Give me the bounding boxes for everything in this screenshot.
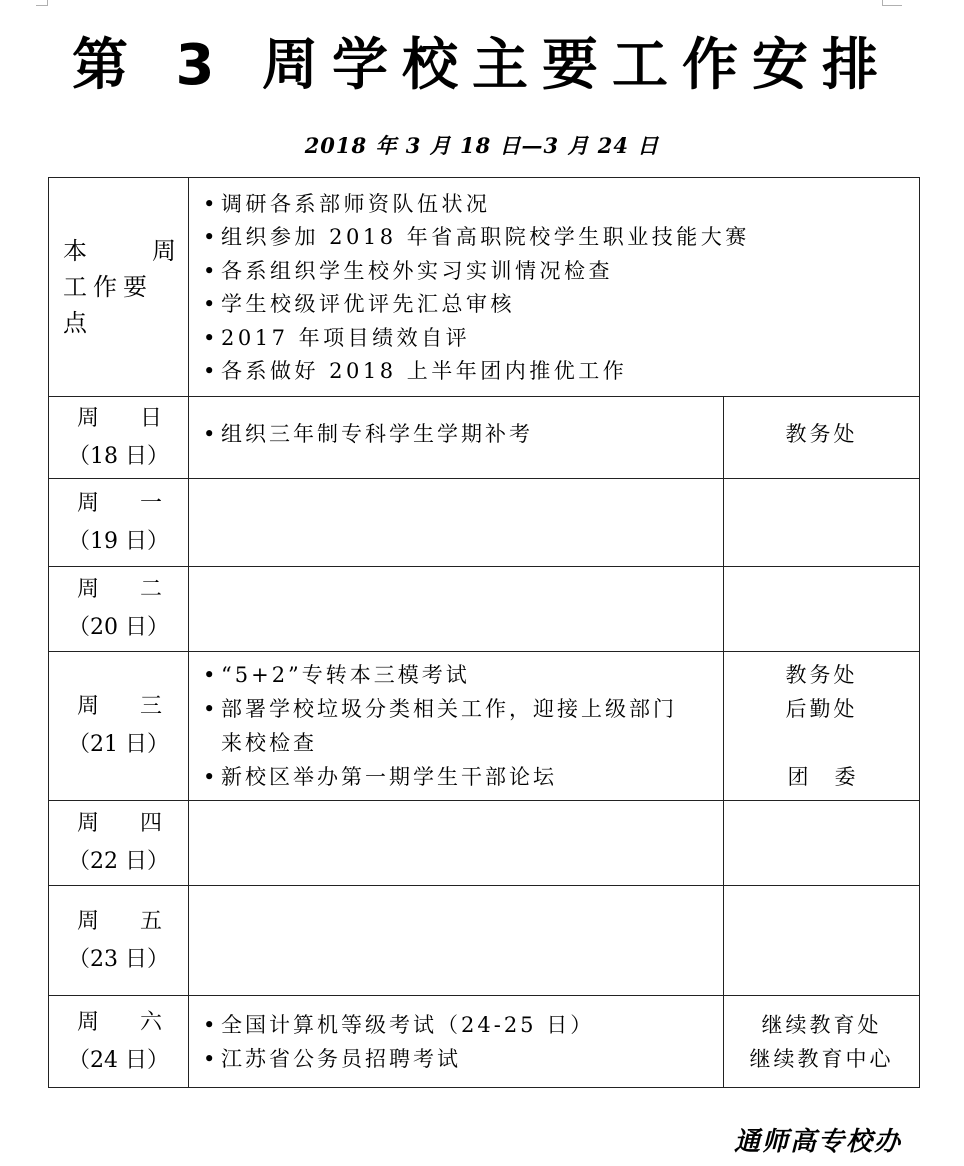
day-row-tuesday: 周二 （20 日）	[49, 567, 920, 652]
day-items-cell: •全国计算机等级考试（24-25 日） •江苏省公务员招聘考试	[189, 996, 724, 1088]
list-item: •江苏省公务员招聘考试	[203, 1042, 713, 1076]
day-row-sunday: 周日 （18 日） •组织三年制专科学生学期补考 教务处	[49, 397, 920, 479]
day-row-wednesday: 周三 （21 日） •“5+2”专转本三模考试 •部署学校垃圾分类相关工作，迎接…	[49, 652, 920, 801]
department: 继续教育处	[724, 1008, 919, 1042]
day-row-friday: 周五 （23 日）	[49, 886, 920, 996]
day-label-cell: 周二 （20 日）	[49, 567, 189, 652]
list-item: •学生校级评优评先汇总审核	[203, 288, 909, 322]
day-label-cell: 周六 （24 日）	[49, 996, 189, 1088]
department: 团委	[724, 760, 919, 794]
schedule-table: 本 周 工作要点 •调研各系部师资队伍状况 •组织参加 2018 年省高职院校学…	[48, 177, 920, 1088]
department-cell	[724, 567, 920, 652]
list-item: •调研各系部师资队伍状况	[203, 188, 909, 222]
day-items-cell	[189, 479, 724, 567]
day-items-cell	[189, 801, 724, 886]
summary-row: 本 周 工作要点 •调研各系部师资队伍状况 •组织参加 2018 年省高职院校学…	[49, 178, 920, 397]
day-items-cell	[189, 567, 724, 652]
bullet-icon: •	[203, 658, 221, 692]
day-date: （23 日）	[49, 941, 188, 979]
day-date: （21 日）	[49, 726, 188, 764]
summary-label-part: 工作要点	[63, 269, 176, 341]
day-date: （18 日）	[49, 438, 188, 476]
list-item: •组织参加 2018 年省高职院校学生职业技能大赛	[203, 221, 909, 255]
department-spacer	[724, 726, 919, 760]
day-date: （24 日）	[49, 1042, 188, 1080]
day-label-cell: 周五 （23 日）	[49, 886, 189, 996]
bullet-icon: •	[203, 1008, 221, 1042]
day-label-cell: 周三 （21 日）	[49, 652, 189, 801]
department: 后勤处	[724, 692, 919, 726]
summary-label-part: 本	[63, 233, 87, 269]
bullet-icon: •	[203, 355, 221, 389]
day-date: （22 日）	[49, 843, 188, 881]
day-row-thursday: 周四 （22 日）	[49, 801, 920, 886]
list-item: •2017 年项目绩效自评	[203, 322, 909, 356]
list-item-continuation: 来校检查	[203, 726, 713, 760]
day-row-monday: 周一 （19 日）	[49, 479, 920, 567]
department-cell	[724, 479, 920, 567]
department: 教务处	[724, 417, 919, 451]
list-item: •新校区举办第一期学生干部论坛	[203, 760, 713, 794]
bullet-icon: •	[203, 221, 221, 255]
summary-items-cell: •调研各系部师资队伍状况 •组织参加 2018 年省高职院校学生职业技能大赛 •…	[189, 178, 920, 397]
day-items-cell: •组织三年制专科学生学期补考	[189, 397, 724, 479]
department: 继续教育中心	[724, 1042, 919, 1076]
day-date: （20 日）	[49, 609, 188, 647]
bullet-icon: •	[203, 692, 221, 726]
summary-label-part: 周	[152, 233, 176, 269]
department-cell	[724, 801, 920, 886]
day-items-cell: •“5+2”专转本三模考试 •部署学校垃圾分类相关工作，迎接上级部门 来校检查 …	[189, 652, 724, 801]
list-item: •组织三年制专科学生学期补考	[203, 417, 713, 451]
day-row-saturday: 周六 （24 日） •全国计算机等级考试（24-25 日） •江苏省公务员招聘考…	[49, 996, 920, 1088]
bullet-icon: •	[203, 760, 221, 794]
day-label-cell: 周日 （18 日）	[49, 397, 189, 479]
bullet-icon: •	[203, 288, 221, 322]
list-item: •各系做好 2018 上半年团内推优工作	[203, 355, 909, 389]
day-items-cell	[189, 886, 724, 996]
bullet-icon: •	[203, 255, 221, 289]
list-item: •各系组织学生校外实习实训情况检查	[203, 255, 909, 289]
summary-label-cell: 本 周 工作要点	[49, 178, 189, 397]
department: 教务处	[724, 658, 919, 692]
bullet-icon: •	[203, 322, 221, 356]
department-cell	[724, 886, 920, 996]
list-item: •全国计算机等级考试（24-25 日）	[203, 1008, 713, 1042]
signature: 通师高专校办	[734, 1122, 902, 1162]
department-cell: 教务处 后勤处 团委	[724, 652, 920, 801]
page-title: 第 3 周学校主要工作安排	[0, 30, 964, 102]
date-range: 2018 年 3 月 18 日—3 月 24 日	[0, 130, 964, 162]
department-cell: 教务处	[724, 397, 920, 479]
day-date: （19 日）	[49, 523, 188, 561]
bullet-icon: •	[203, 188, 221, 222]
page-corner-mark-left	[36, 0, 48, 6]
day-label-cell: 周一 （19 日）	[49, 479, 189, 567]
bullet-icon: •	[203, 1042, 221, 1076]
page-corner-mark-right	[882, 0, 902, 6]
department-cell: 继续教育处 继续教育中心	[724, 996, 920, 1088]
list-item: •部署学校垃圾分类相关工作，迎接上级部门	[203, 692, 713, 726]
list-item: •“5+2”专转本三模考试	[203, 658, 713, 692]
bullet-icon: •	[203, 417, 221, 451]
day-label-cell: 周四 （22 日）	[49, 801, 189, 886]
